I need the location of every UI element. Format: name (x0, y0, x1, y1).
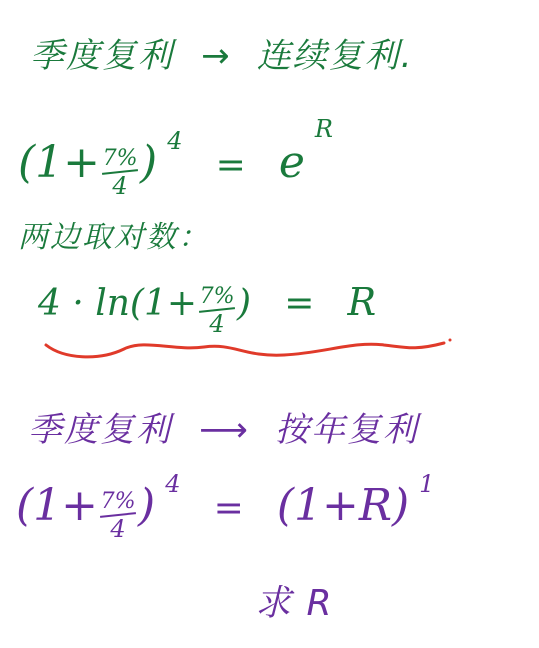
arrow-icon: → (201, 36, 230, 76)
step-label-take-log: 两边取对数： (18, 212, 210, 256)
numerator: 7% (100, 491, 136, 513)
red-wavy-underline (44, 337, 454, 367)
exponent-r: R (315, 115, 333, 143)
rhs-one-plus-r: (1+R) (277, 480, 409, 531)
close-paren: ) (138, 480, 155, 531)
heading-quarterly-to-continuous: 季度复利 → 连续复利. (30, 28, 414, 77)
open-paren-term: (1+ (16, 480, 98, 531)
denominator: 4 (102, 174, 138, 198)
fraction-rate-over-4: 7%4 (102, 148, 138, 198)
numerator: 7% (102, 148, 138, 170)
base-e: e (279, 137, 305, 188)
denominator: 4 (100, 517, 136, 541)
lhs-prefix: 4 · ln(1+ (38, 283, 197, 324)
arrow-icon: ⟶ (199, 410, 248, 450)
fraction-rate-over-4: 7%4 (100, 491, 136, 541)
equals-sign: = (216, 145, 246, 186)
task-solve-r: 求 R (255, 575, 333, 626)
close-paren: ) (237, 283, 251, 324)
label-quarterly-compounding: 季度复利 (28, 410, 172, 450)
equation-quarterly-equals-annual: (1+7%4)4 = (1+R)1 (16, 470, 434, 541)
denominator: 4 (199, 312, 235, 336)
numerator: 7% (199, 286, 235, 308)
exponent-one: 1 (419, 470, 434, 498)
label-quarterly-compounding: 季度复利 (30, 36, 174, 76)
label-continuous-compounding: 连续复利. (257, 36, 414, 76)
equals-sign: = (284, 283, 314, 324)
fraction-rate-over-4: 7%4 (199, 286, 235, 336)
equation-log-form: 4 · ln(1+7%4) = R (38, 280, 376, 336)
open-paren-term: (1+ (18, 137, 100, 188)
close-paren: ) (140, 137, 157, 188)
exponent: 4 (165, 470, 180, 498)
heading-quarterly-to-annual: 季度复利 ⟶ 按年复利 (28, 402, 419, 451)
rhs-r: R (347, 280, 376, 324)
equation-quarterly-equals-continuous: (1+7%4)4 = eR (18, 115, 333, 198)
label-annual-compounding: 按年复利 (275, 410, 419, 450)
exponent: 4 (167, 127, 182, 155)
equals-sign: = (214, 488, 244, 529)
